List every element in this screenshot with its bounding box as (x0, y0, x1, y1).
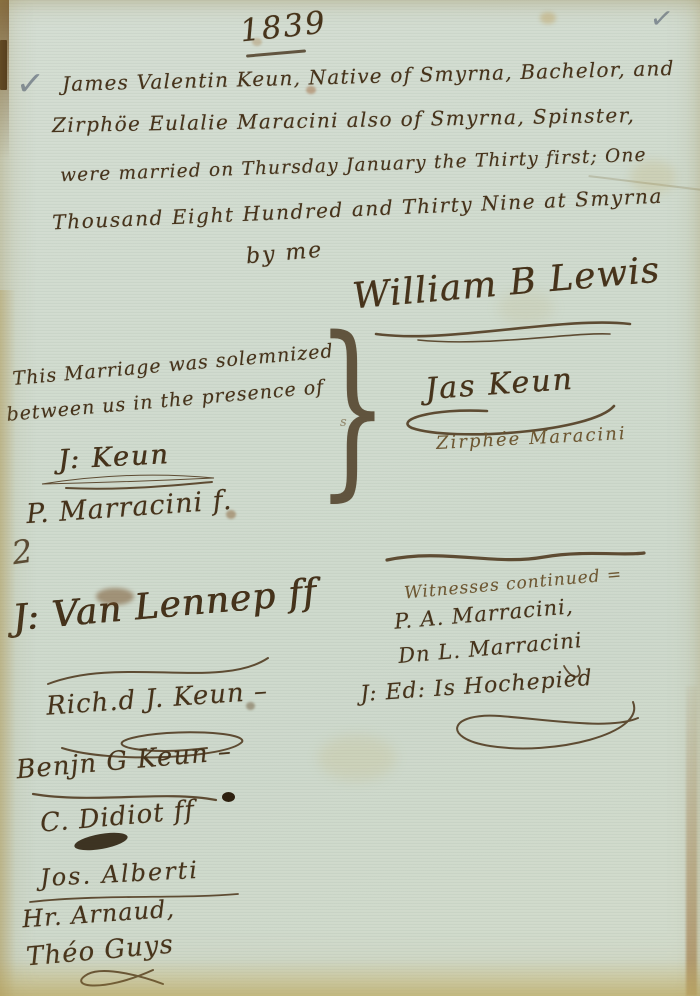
pencil-checkmark-icon: ✓ (648, 1, 676, 37)
year-heading: 1839 (239, 8, 329, 48)
stain (318, 735, 396, 781)
ink-blot (222, 792, 235, 802)
signature-flourish (58, 966, 178, 994)
witness-signature: Dn L. Marracini (397, 630, 583, 667)
left-aged-edge (0, 290, 16, 996)
witness-signature: Jos. Alberti (39, 858, 199, 890)
officiant-signature: William B Lewis (351, 253, 661, 316)
witness-signature: P. Marracini f. (25, 487, 233, 528)
margin-numeral: 2 (10, 535, 35, 570)
witnesses-continued-heading: Witnesses continued = (404, 567, 623, 603)
stain (540, 12, 556, 24)
entry-line-3: were married on Thursday January the Thi… (60, 147, 647, 186)
witness-signature: Benjn G Keun – (15, 739, 233, 784)
entry-line-1: James Valentin Keun, Native of Smyrna, B… (62, 58, 675, 94)
entry-line-2: Zirphöe Eulalie Maracini also of Smyrna,… (52, 105, 635, 135)
pencil-checkmark-icon: ✓ (15, 63, 46, 105)
stray-ink-mark: s (340, 416, 347, 429)
signature-flourish (358, 314, 638, 344)
marriage-register-page: ✓ ✓ 1839 James Valentin Keun, Native of … (0, 0, 700, 996)
right-aged-streak (686, 686, 697, 996)
witness-signature: Théo Guys (25, 932, 175, 971)
year-underline (246, 49, 306, 57)
signature-flourish (428, 694, 650, 760)
binding-edge (0, 0, 9, 160)
binding-dark-block (0, 40, 7, 90)
entry-line-4: Thousand Eight Hundred and Thirty Nine a… (52, 186, 664, 233)
attestation-brace: } (316, 334, 389, 482)
witness-signature: J: Van Lennep ff (11, 575, 318, 637)
entry-byline: by me (245, 240, 324, 269)
